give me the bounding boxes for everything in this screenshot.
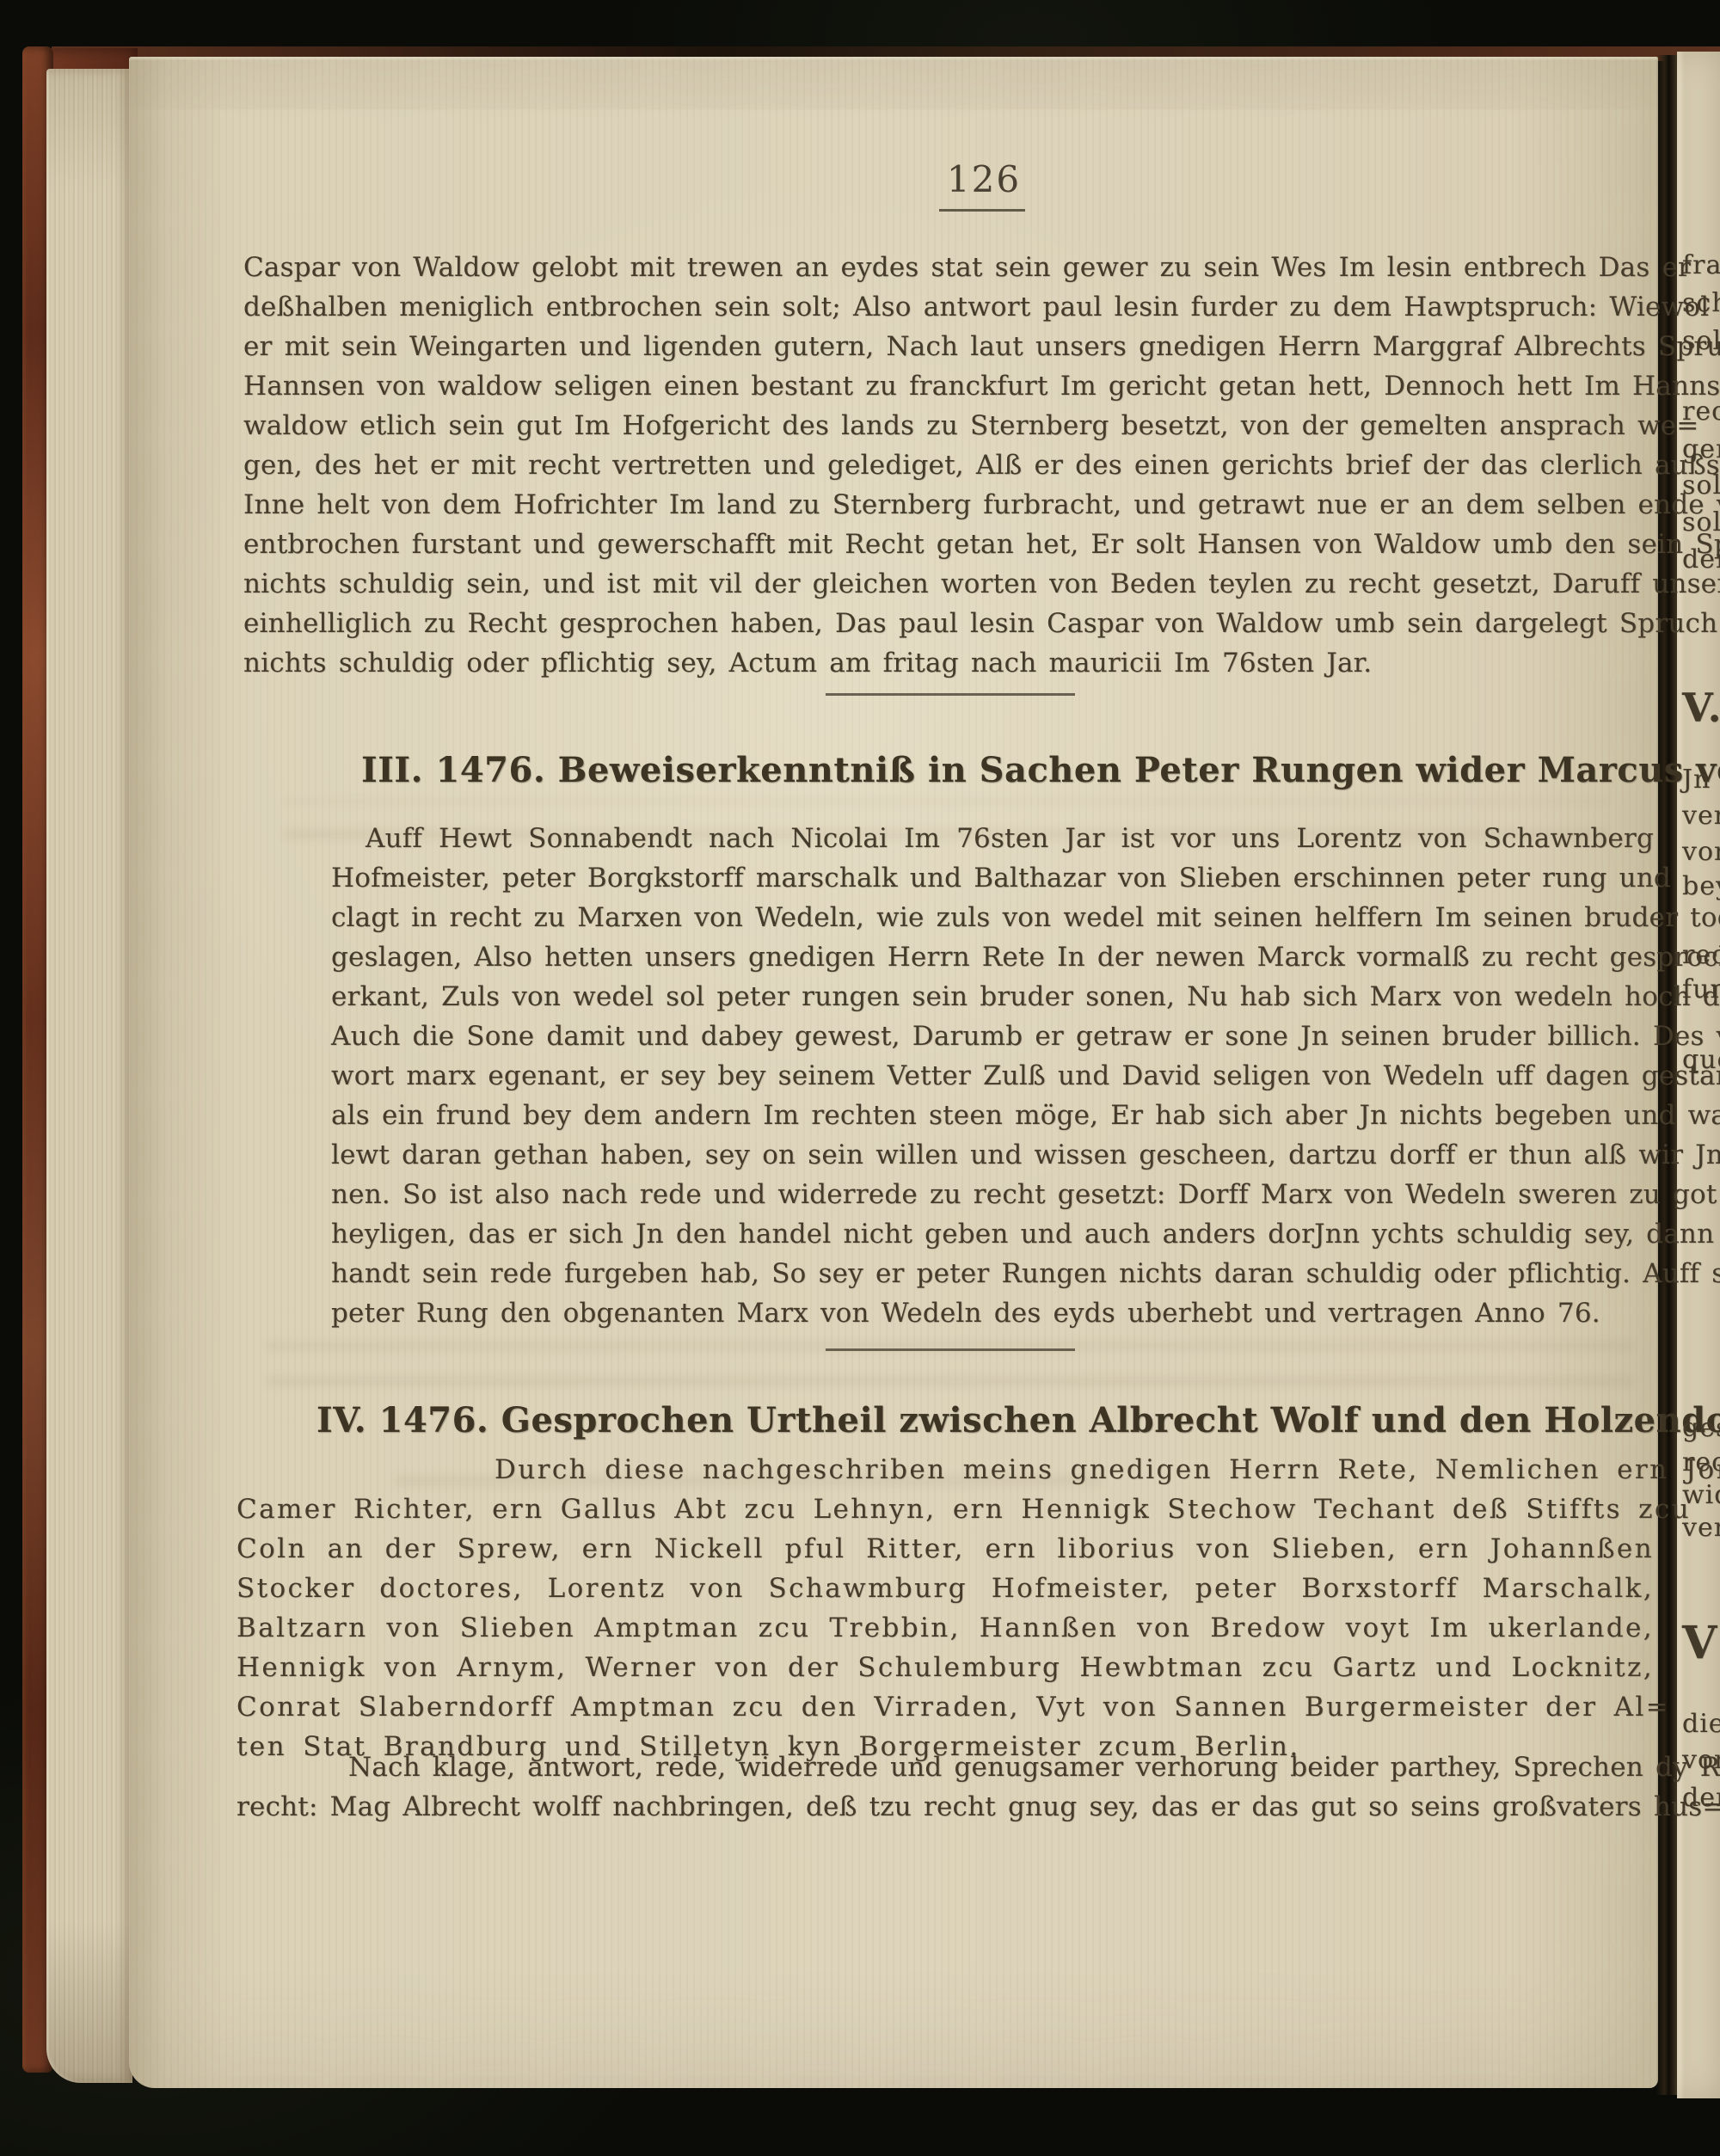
margin-fragment: die N [1682, 1709, 1720, 1739]
section-separator [826, 1348, 1075, 1351]
text-line: nichts schuldig oder pflichtig sey, Actu… [243, 643, 1654, 683]
text-line: Inne helt von dem Hofrichter Im land zu … [243, 485, 1654, 525]
margin-fragment: wider [1682, 1480, 1720, 1510]
next-page-fragment-column: fraw schaff sol f recht gen soll s soll … [1682, 0, 1720, 2156]
margin-fragment: soll [1682, 507, 1720, 537]
text-line: nichts schuldig sein, und ist mit vil de… [243, 564, 1654, 604]
text-line: wort marx egenant, er sey bey seinem Vet… [331, 1056, 1654, 1096]
text-line: einhelliglich zu Recht gesprochen haben,… [243, 604, 1654, 643]
text-line: entbrochen furstant und gewerschafft mit… [243, 525, 1654, 564]
page-block-fore-edge [46, 69, 132, 2083]
text-line: Hennigk von Arnym, Werner von der Schule… [236, 1648, 1654, 1687]
text-line: Caspar von Waldow gelobt mit trewen an e… [243, 248, 1654, 287]
text-line: handt sein rede furgeben hab, So sey er … [331, 1254, 1654, 1293]
text-line: Auff Hewt Sonnabendt nach Nicolai Im 76s… [331, 819, 1654, 858]
text-line: deßhalben meniglich entbrochen sein solt… [243, 287, 1654, 327]
margin-fragment: quem [1682, 1045, 1720, 1075]
margin-fragment: sol f [1682, 326, 1720, 356]
text-line: peter Rung den obgenanten Marx von Wedel… [331, 1293, 1654, 1333]
text-line: gen, des het er mit recht vertretten und… [243, 445, 1654, 485]
text-line: recht: Mag Albrecht wolff nachbringen, d… [236, 1787, 1654, 1827]
margin-fragment: bey [1682, 871, 1720, 901]
paragraph-councillors-list: Durch diese nachgeschriben meins gnedige… [236, 1450, 1654, 1766]
margin-fragment: recht [1682, 396, 1720, 427]
margin-fragment: verkun [1682, 1513, 1720, 1543]
margin-fragment: schaff [1682, 288, 1720, 318]
text-line: clagt in recht zu Marxen von Wedeln, wie… [331, 898, 1654, 937]
text-line: Nach klage, antwort, rede, widerrede und… [236, 1748, 1654, 1787]
margin-fragment: Jn [1682, 765, 1711, 795]
margin-fragment: verka [1682, 801, 1720, 831]
margin-fragment: gesatz [1682, 1413, 1720, 1443]
text-line: er mit sein Weingarten und ligenden gute… [243, 327, 1654, 366]
text-line: Hannsen von waldow seligen einen bestant… [243, 366, 1654, 406]
text-line: Camer Richter, ern Gallus Abt zcu Lehnyn… [236, 1490, 1654, 1529]
margin-fragment: furde [1682, 974, 1720, 1004]
paragraph-judgment-albrecht-wolff: Nach klage, antwort, rede, widerrede und… [236, 1748, 1654, 1827]
text-line: Stocker doctores, Lorentz von Schawmburg… [236, 1569, 1654, 1608]
text-line: lewt daran gethan haben, sey on sein wil… [331, 1135, 1654, 1175]
text-line: erkant, Zuls von wedel sol peter rungen … [331, 977, 1654, 1017]
text-line: Auch die Sone damit und dabey gewest, Da… [331, 1017, 1654, 1056]
margin-fragment: rechtl [1682, 940, 1720, 970]
text-line: Baltzarn von Slieben Amptman zcu Trebbin… [236, 1608, 1654, 1648]
text-line: Conrat Slaberndorff Amptman zcu den Virr… [236, 1687, 1654, 1727]
text-line: Hofmeister, peter Borgkstorff marschalk … [331, 858, 1654, 898]
scanned-book-photo: 126 Caspar von Waldow gelobt mit trewen … [0, 0, 1720, 2156]
text-line: waldow etlich sein gut Im Hofgericht des… [243, 406, 1654, 445]
page-number: 126 [943, 158, 1025, 200]
text-line: nen. So ist also nach rede und widerrede… [331, 1175, 1654, 1214]
margin-fragment-section-vii: VII [1682, 1617, 1720, 1669]
text-line: Coln an der Sprew, ern Nickell pful Ritt… [236, 1529, 1654, 1569]
paragraph-caspar-von-waldow: Caspar von Waldow gelobt mit trewen an e… [243, 248, 1654, 683]
page-number-rule [939, 209, 1025, 212]
text-line: als ein frund bey dem andern Im rechten … [331, 1096, 1654, 1135]
margin-fragment: gen [1682, 434, 1720, 464]
section-heading-iii: III. 1476. Beweiserkenntniß in Sachen Pe… [361, 750, 1720, 790]
text-line: heyligen, das er sich Jn den handel nich… [331, 1214, 1654, 1254]
margin-fragment-section-v: V. [1682, 685, 1720, 731]
paragraph-peter-rung-marx-von-wedel: Auff Hewt Sonnabendt nach Nicolai Im 76s… [331, 819, 1654, 1333]
margin-fragment: von [1682, 1745, 1720, 1775]
margin-fragment: rechtsp [1682, 1447, 1720, 1477]
text-line: geslagen, Also hetten unsers gnedigen He… [331, 937, 1654, 977]
margin-fragment: dem [1682, 544, 1720, 574]
margin-fragment: von [1682, 837, 1720, 867]
margin-fragment: soll s [1682, 470, 1720, 501]
margin-fragment: dem [1682, 1783, 1720, 1813]
text-line: Durch diese nachgeschriben meins gnedige… [236, 1450, 1654, 1490]
section-separator [826, 693, 1075, 696]
section-heading-iv: IV. 1476. Gesprochen Urtheil zwischen Al… [316, 1400, 1720, 1440]
margin-fragment: fraw [1682, 250, 1720, 280]
